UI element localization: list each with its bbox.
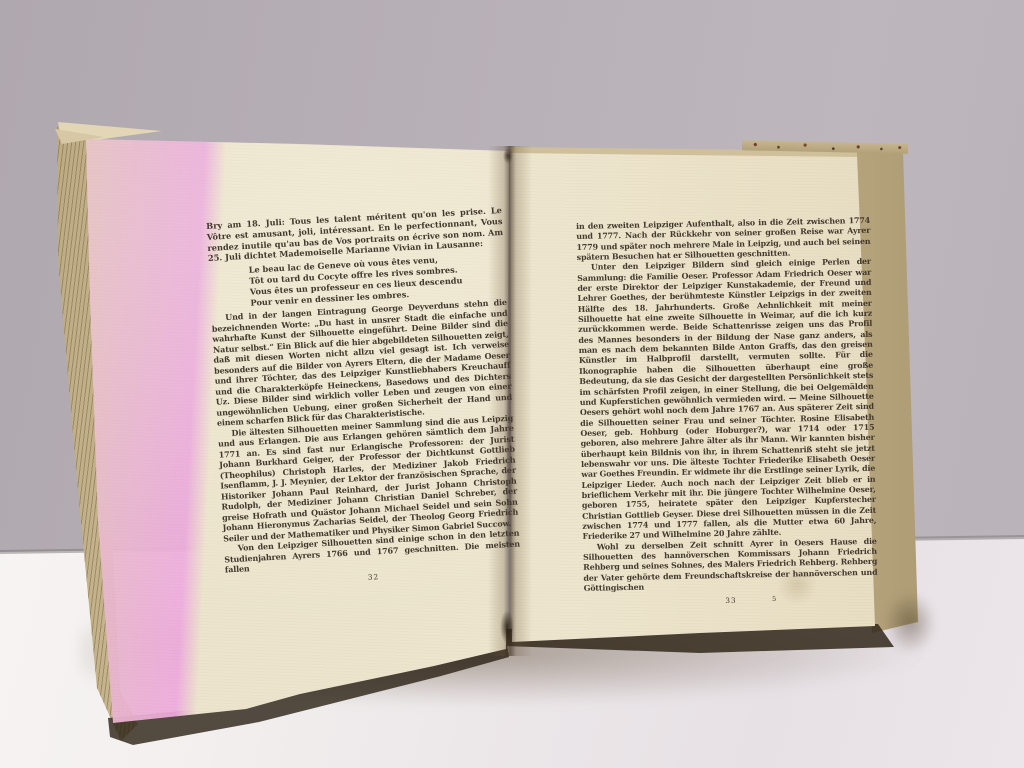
signature-mark: 5 — [772, 595, 777, 603]
left-page-text-block: Bry am 18. Juli: Tous les talent mériten… — [206, 205, 522, 589]
photo-of-open-book: Bry am 18. Juli: Tous les talent mériten… — [0, 0, 1024, 768]
cover-corner-shadow — [884, 592, 936, 654]
left-paragraph: Die ältesten Silhouetten meiner Sammlung… — [217, 413, 519, 544]
left-paragraph: Und in der langen Eintragung George Deyv… — [211, 297, 513, 428]
right-page-number: 33 — [725, 596, 736, 605]
right-page-text-block: in den zweiten Leipziger Aufenthalt, als… — [576, 216, 878, 608]
right-paragraph: in den zweiten Leipziger Aufenthalt, als… — [576, 216, 871, 264]
right-paragraph: Wohl zu derselben Zeit schnitt Ayrer in … — [583, 536, 878, 594]
gutter-bottom-notch — [500, 610, 514, 644]
right-paragraph: Unter den Leipziger Bildern sind gleich … — [577, 257, 877, 542]
gutter-top-notch — [503, 148, 513, 164]
